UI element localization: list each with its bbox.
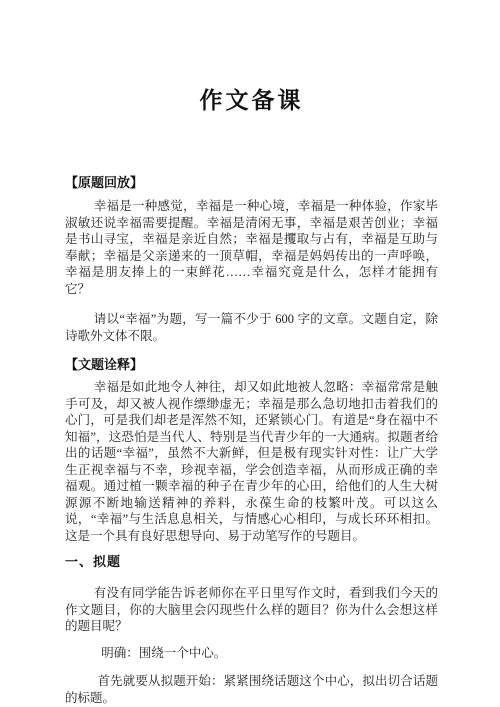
document-page: 作文备课 【原题回放】 幸福是一种感觉，幸福是一种心境，幸福是一种体验，作家毕淑… <box>0 0 500 707</box>
paragraph-writing-requirements: 请以“幸福”为题，写一篇不少于 600 字的文章。文题自定，除诗歌外文体不限。 <box>65 311 438 344</box>
section-heading-topic-interpretation: 【文题诠释】 <box>65 357 438 373</box>
section-heading-original-question: 【原题回放】 <box>65 175 438 191</box>
section-heading-title-drafting: 一、拟题 <box>65 554 438 570</box>
paragraph-topic-analysis: 幸福是如此地令人神往，却又如此地被人忽略：幸福常常是触手可及，却又被人视作缥缈虚… <box>65 379 438 544</box>
paragraph-question-to-students: 有没有同学能告诉老师你在平日里写作文时，看到我们今天的作文题目，你的大脑里会闪现… <box>65 585 438 635</box>
paragraph-happiness-definitions: 幸福是一种感觉，幸福是一种心境，幸福是一种体验，作家毕淑敏还说幸福需要提醒。幸福… <box>65 198 438 297</box>
document-title: 作文备课 <box>65 0 438 116</box>
paragraph-start-with-title: 首先就要从拟题开始：紧紧围绕话题这个中心，拟出切合话题的标题。 <box>65 673 438 706</box>
paragraph-clarify-center: 明确：围绕一个中心。 <box>65 645 438 662</box>
